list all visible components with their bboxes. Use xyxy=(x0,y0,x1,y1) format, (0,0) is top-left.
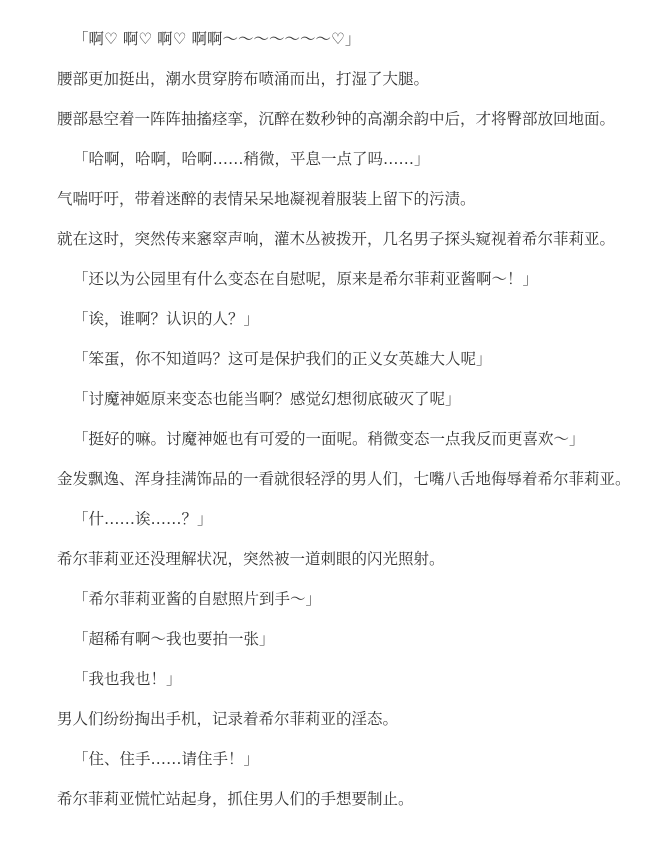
dialogue-line: 「希尔菲莉亚酱的自慰照片到手～」 xyxy=(57,579,622,619)
dialogue-line: 「挺好的嘛。讨魔神姬也有可爱的一面呢。稍微变态一点我反而更喜欢～」 xyxy=(57,419,622,459)
dialogue-line: 「诶，谁啊？认识的人？」 xyxy=(57,299,622,339)
narration-line: 男人们纷纷掏出手机，记录着希尔菲莉亚的淫态。 xyxy=(57,699,622,739)
narration-line: 金发飘逸、浑身挂满饰品的一看就很轻浮的男人们，七嘴八舌地侮辱着希尔菲莉亚。 xyxy=(57,459,622,499)
dialogue-line: 「哈啊，哈啊，哈啊……稍微，平息一点了吗……」 xyxy=(57,139,622,179)
dialogue-line: 「什……诶……？」 xyxy=(57,499,622,539)
dialogue-line: 「啊♡ 啊♡ 啊♡ 啊啊～～～～～～～♡」 xyxy=(57,19,622,59)
narration-line: 腰部更加挺出，潮水贯穿胯布喷涌而出，打湿了大腿。 xyxy=(57,59,622,99)
dialogue-line: 「我也我也！」 xyxy=(57,659,622,699)
dialogue-line: 「讨魔神姬原来变态也能当啊？感觉幻想彻底破灭了呢」 xyxy=(57,379,622,419)
dialogue-line: 「住、住手……请住手！」 xyxy=(57,739,622,779)
narration-line: 希尔菲莉亚慌忙站起身，抓住男人们的手想要制止。 xyxy=(57,779,622,819)
novel-text-page: 「啊♡ 啊♡ 啊♡ 啊啊～～～～～～～♡」腰部更加挺出，潮水贯穿胯布喷涌而出，打… xyxy=(0,0,650,850)
narration-line: 腰部悬空着一阵阵抽搐痉挛，沉醉在数秒钟的高潮余韵中后，才将臀部放回地面。 xyxy=(57,99,622,139)
dialogue-line: 「笨蛋，你不知道吗？这可是保护我们的正义女英雄大人呢」 xyxy=(57,339,622,379)
dialogue-line: 「还以为公园里有什么变态在自慰呢，原来是希尔菲莉亚酱啊～！」 xyxy=(57,259,622,299)
narration-line: 希尔菲莉亚还没理解状况，突然被一道刺眼的闪光照射。 xyxy=(57,539,622,579)
narration-line: 就在这时，突然传来窸窣声响，灌木丛被拨开，几名男子探头窥视着希尔菲莉亚。 xyxy=(57,219,622,259)
narration-line: 气喘吁吁，带着迷醉的表情呆呆地凝视着服装上留下的污渍。 xyxy=(57,179,622,219)
dialogue-line: 「超稀有啊～我也要拍一张」 xyxy=(57,619,622,659)
